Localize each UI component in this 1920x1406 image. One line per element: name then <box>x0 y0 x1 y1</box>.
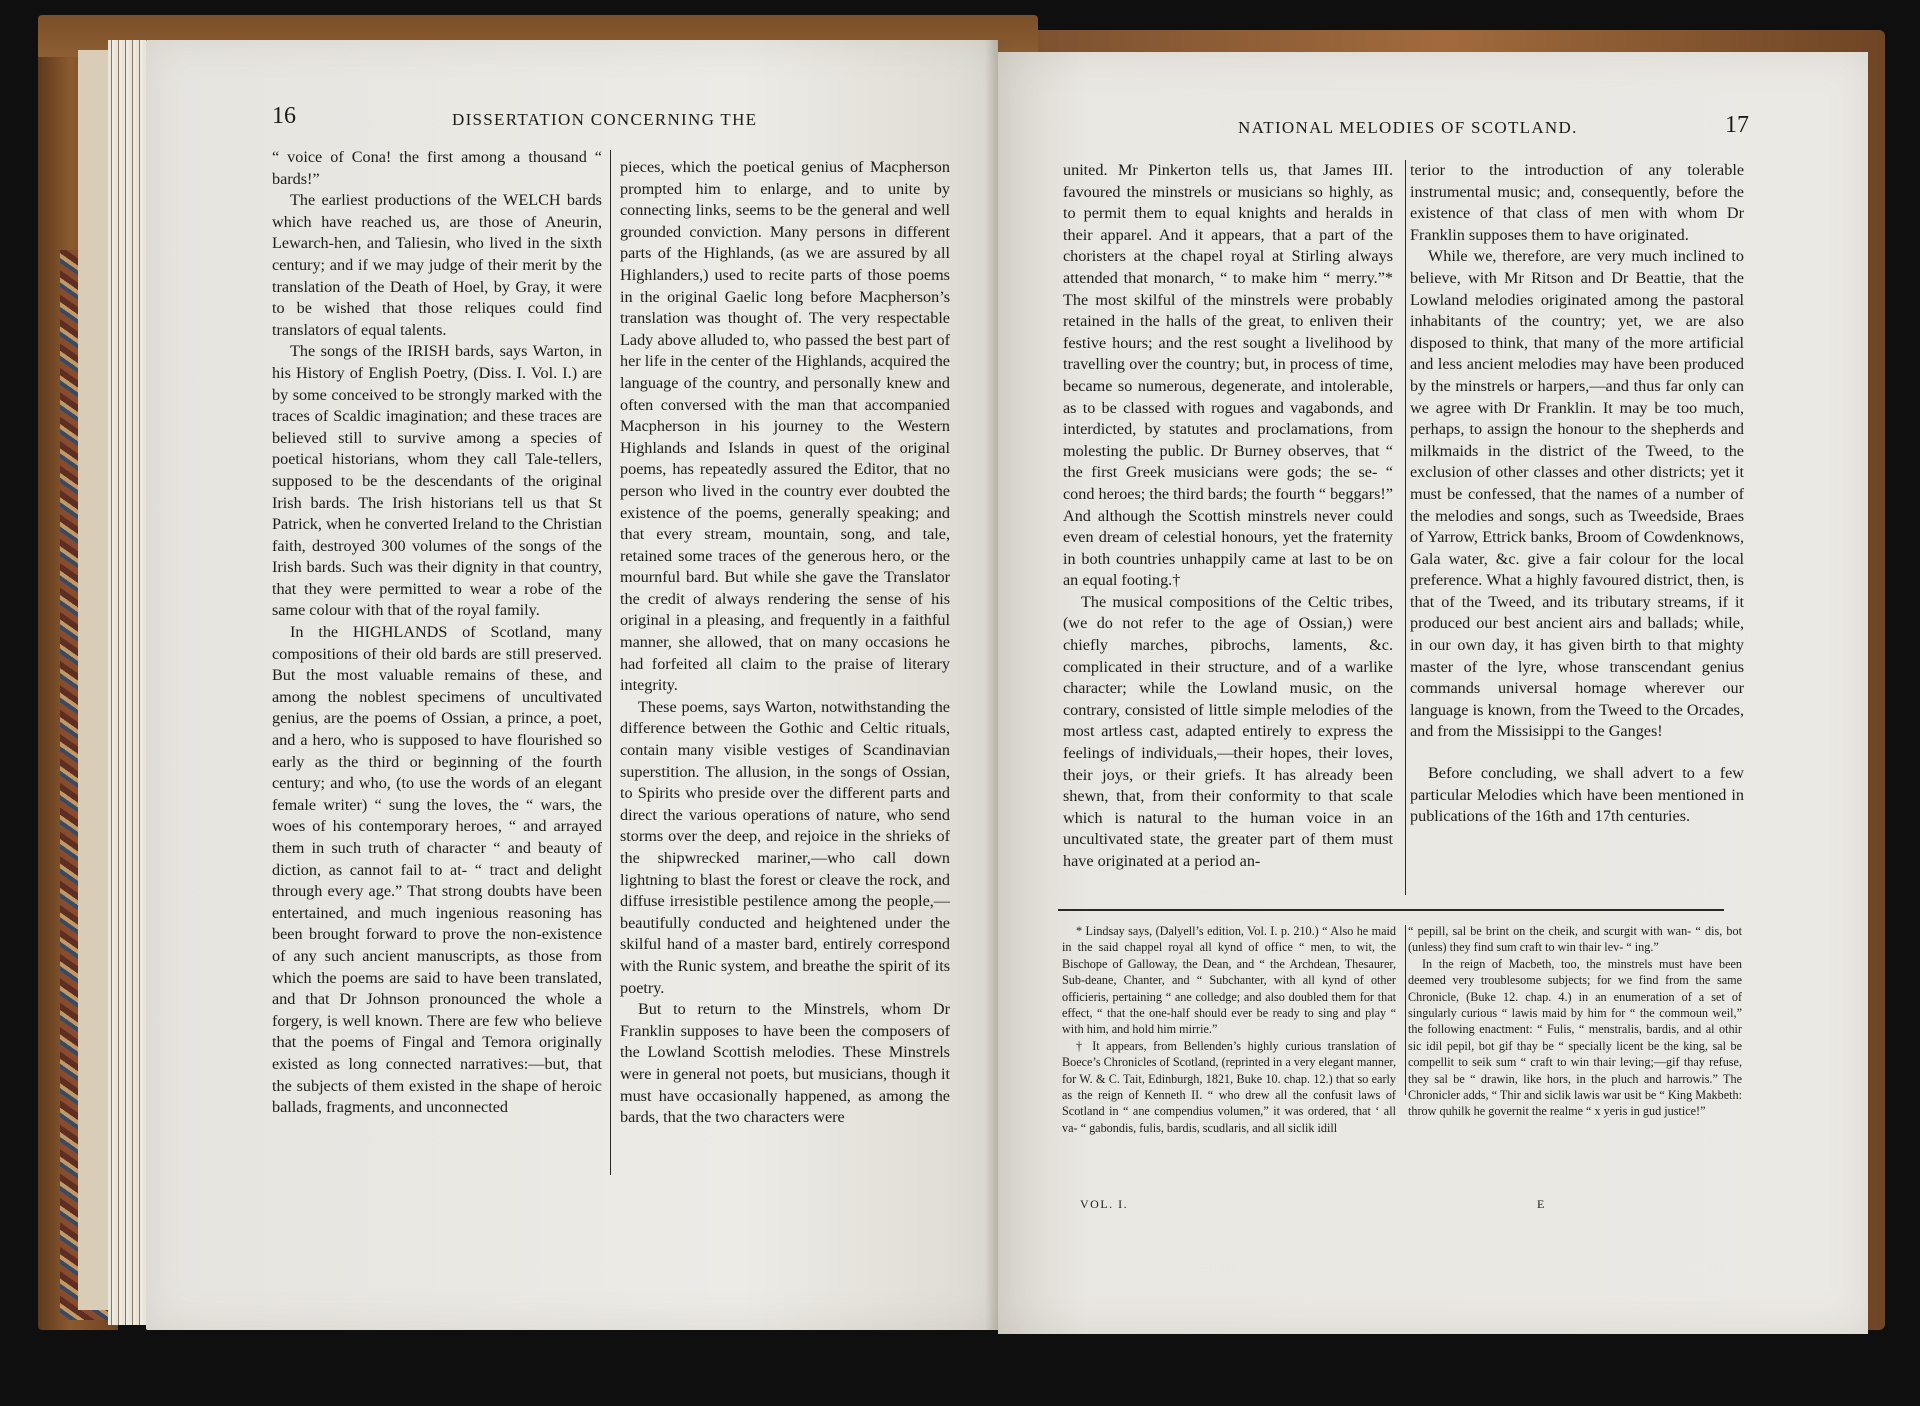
footnotes-column-2: “ pepill, sal be brint on the cheik, and… <box>1408 923 1742 1120</box>
footnote: “ pepill, sal be brint on the cheik, and… <box>1408 923 1742 956</box>
page-edges <box>108 40 150 1325</box>
right-page-column-1: united. Mr Pinkerton tells us, that Jame… <box>1063 160 1393 873</box>
column-divider <box>1405 160 1406 895</box>
left-page-column-1: “ voice of Cona! the first among a thous… <box>272 147 602 1119</box>
paragraph: The musical compositions of the Celtic t… <box>1063 592 1393 873</box>
volume-signature: VOL. I. <box>1080 1197 1128 1212</box>
signature-mark: E <box>1537 1197 1546 1212</box>
paragraph: These poems, says Warton, notwithstandin… <box>620 697 950 999</box>
paragraph: united. Mr Pinkerton tells us, that Jame… <box>1063 160 1393 592</box>
paragraph: While we, therefore, are very much incli… <box>1410 246 1744 743</box>
paragraph: But to return to the Minstrels, whom Dr … <box>620 999 950 1129</box>
column-divider <box>610 150 611 1175</box>
paragraph: “ voice of Cona! the first among a thous… <box>272 147 602 190</box>
footnote: † It appears, from Bellenden’s highly cu… <box>1062 1038 1396 1136</box>
paragraph: The earliest productions of the WELCH ba… <box>272 190 602 341</box>
page-number-right: 17 <box>1725 112 1749 139</box>
paragraph: In the HIGHLANDS of Scotland, many compo… <box>272 622 602 1119</box>
page-number-left: 16 <box>272 103 296 130</box>
footnotes-column-1: * Lindsay says, (Dalyell’s edition, Vol.… <box>1062 923 1396 1136</box>
paragraph: pieces, which the poetical genius of Mac… <box>620 157 950 697</box>
right-page-column-2: terior to the introduction of any tolera… <box>1410 160 1744 828</box>
paragraph: The songs of the IRISH bards, says Warto… <box>272 341 602 622</box>
left-page-column-2: pieces, which the poetical genius of Mac… <box>620 157 950 1129</box>
column-divider <box>1405 925 1406 1095</box>
footnote: In the reign of Macbeth, too, the minstr… <box>1408 956 1742 1120</box>
paragraph: Before concluding, we shall advert to a … <box>1410 763 1744 828</box>
running-head-left: DISSERTATION CONCERNING THE <box>452 110 757 130</box>
paragraph: terior to the introduction of any tolera… <box>1410 160 1744 246</box>
running-head-right: NATIONAL MELODIES OF SCOTLAND. <box>1238 118 1578 138</box>
footnote: * Lindsay says, (Dalyell’s edition, Vol.… <box>1062 923 1396 1038</box>
footnote-rule <box>1058 909 1724 911</box>
